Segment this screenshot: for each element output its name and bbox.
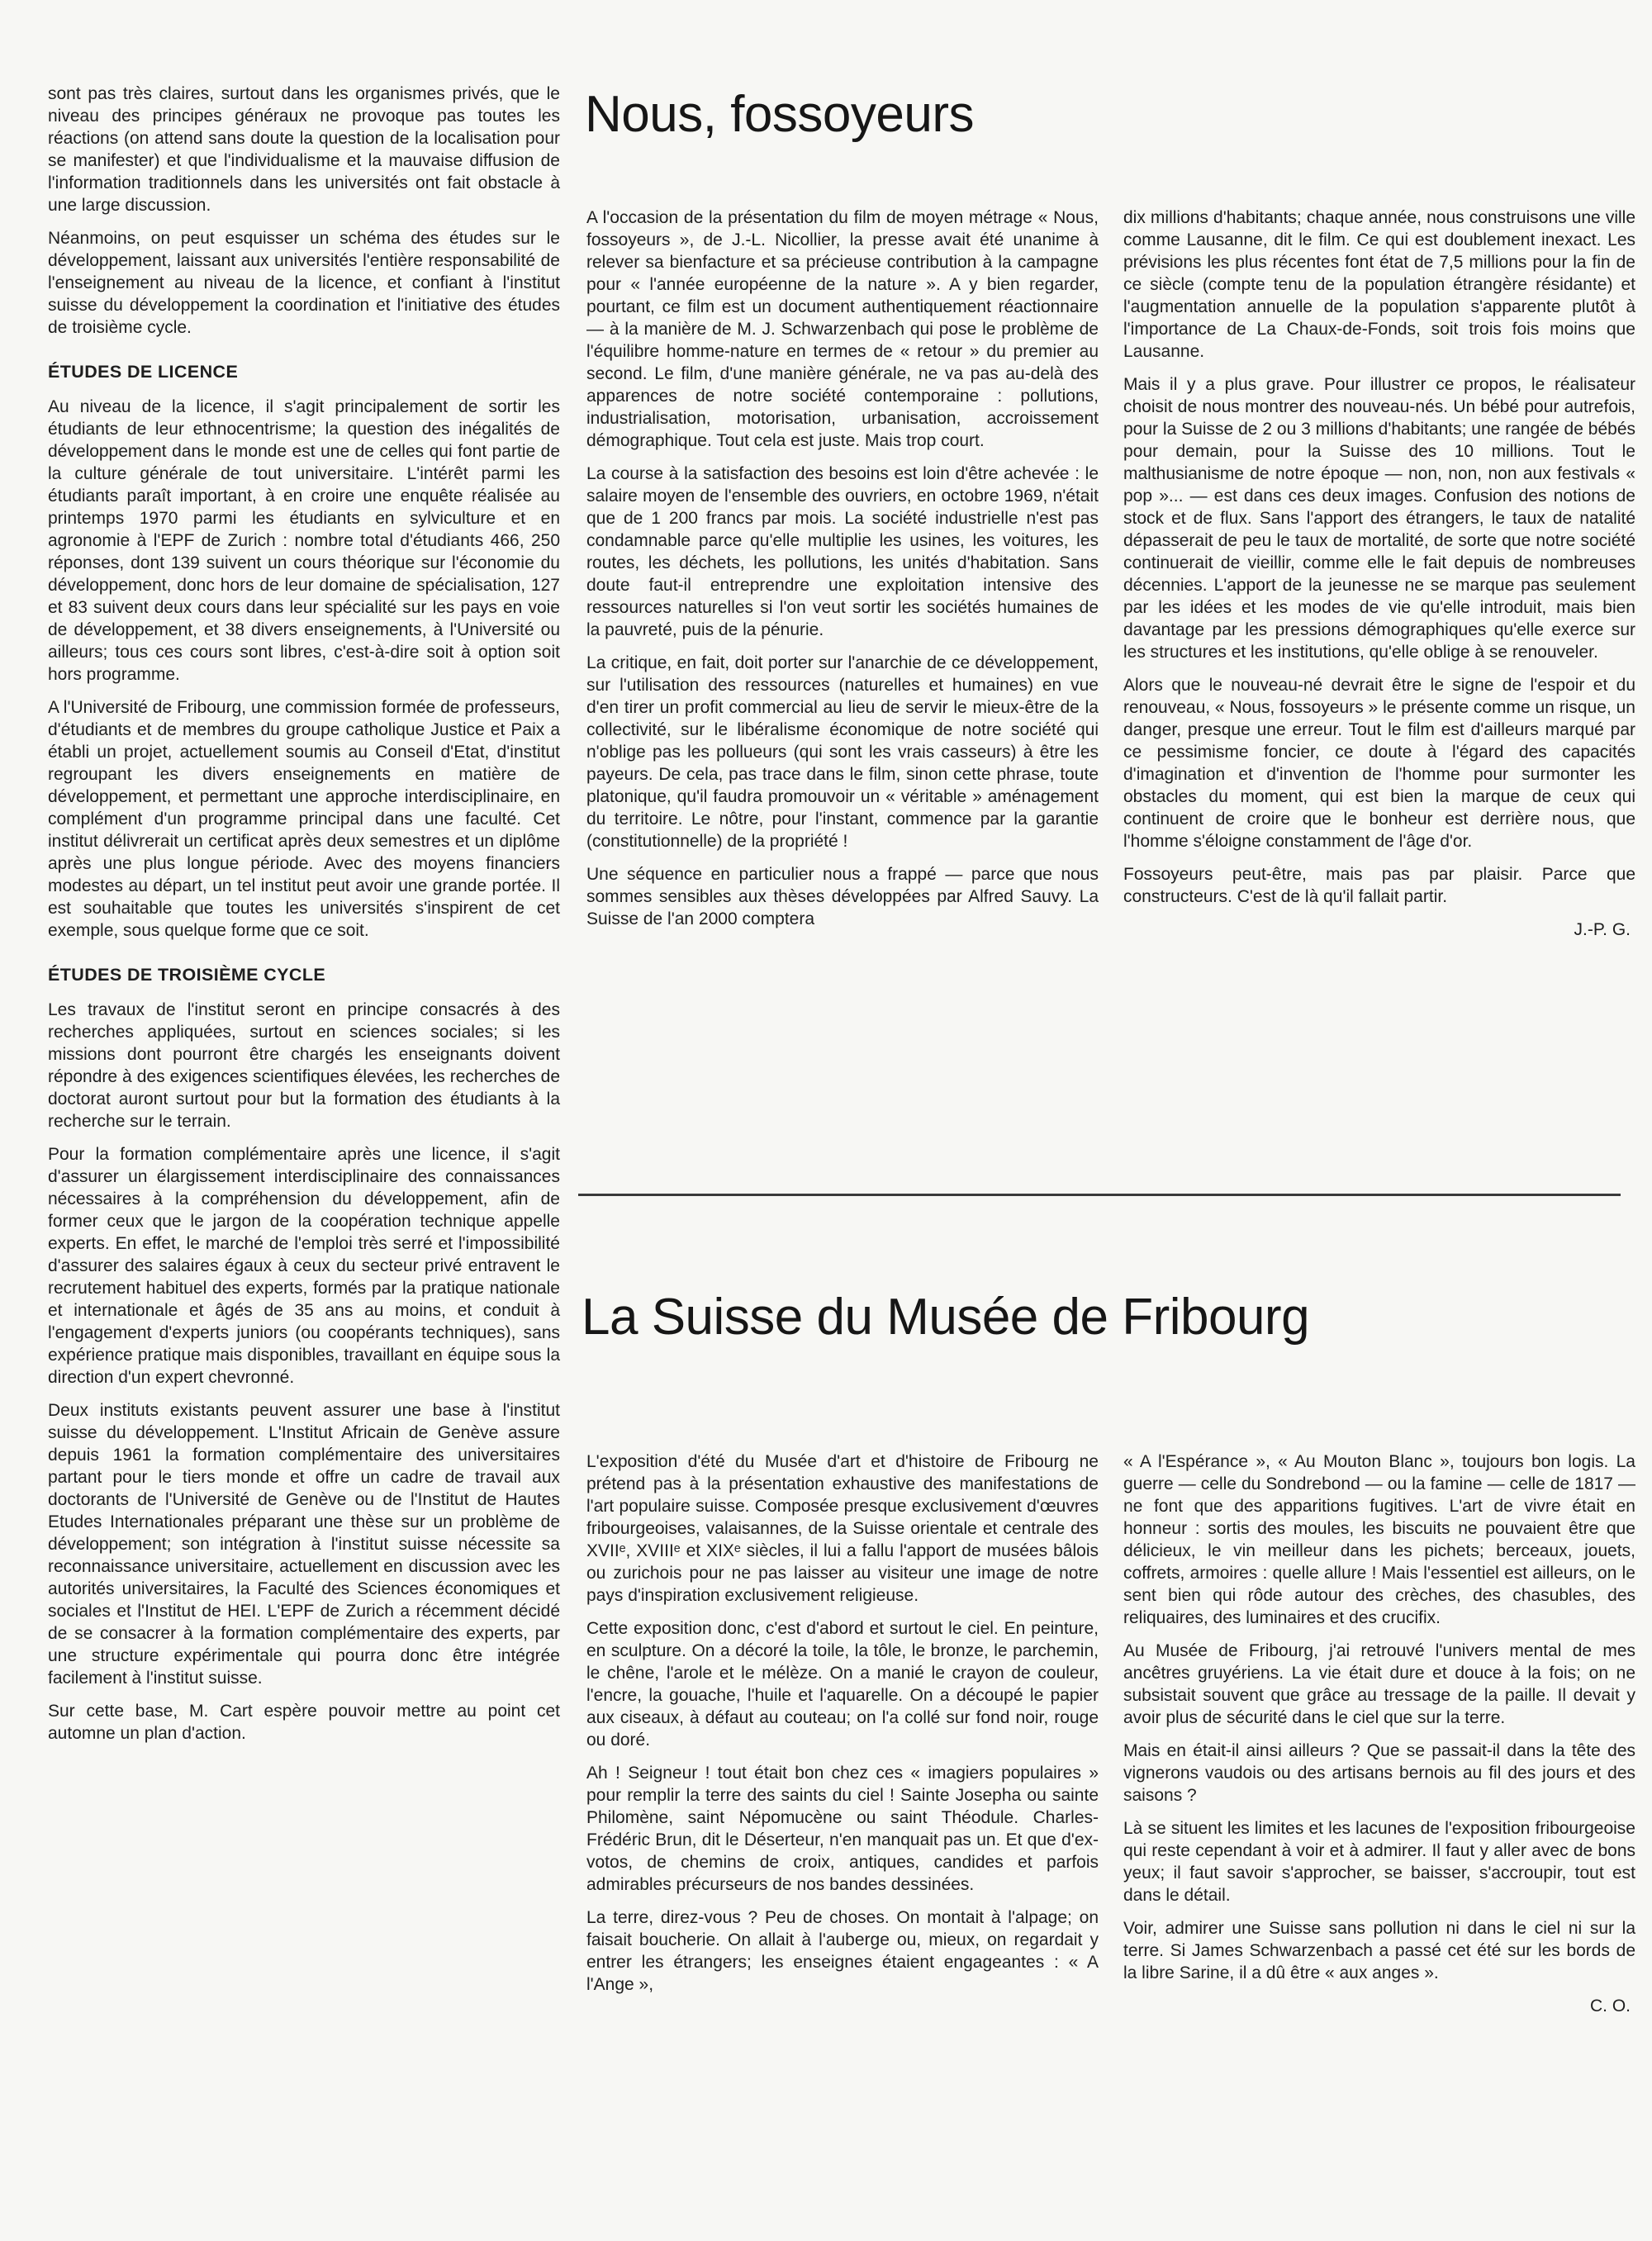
paragraph: Deux instituts existants peuvent assurer… xyxy=(48,1399,560,1689)
paragraph: La course à la satisfaction des besoins … xyxy=(586,463,1099,641)
left-column: sont pas très claires, surtout dans les … xyxy=(48,83,560,1745)
paragraph: Mais en était-il ainsi ailleurs ? Que se… xyxy=(1123,1740,1635,1807)
paragraph: A l'Université de Fribourg, une commissi… xyxy=(48,696,560,942)
paragraph: Au Musée de Fribourg, j'ai retrouvé l'un… xyxy=(1123,1640,1635,1729)
paragraph: Mais il y a plus grave. Pour illustrer c… xyxy=(1123,373,1635,663)
paragraph: Néanmoins, on peut esquisser un schéma d… xyxy=(48,227,560,339)
paragraph: « A l'Espérance », « Au Mouton Blanc », … xyxy=(1123,1450,1635,1629)
paragraph: Sur cette base, M. Cart espère pouvoir m… xyxy=(48,1700,560,1745)
paragraph: Alors que le nouveau-né devrait être le … xyxy=(1123,674,1635,852)
paragraph: La critique, en fait, doit porter sur l'… xyxy=(586,652,1099,852)
magazine-page: sont pas très claires, surtout dans les … xyxy=(0,0,1652,2241)
article1-column-left: A l'occasion de la présentation du film … xyxy=(586,207,1099,930)
paragraph: Pour la formation complémentaire après u… xyxy=(48,1143,560,1389)
article1-title: Nous, fossoyeurs xyxy=(585,88,974,142)
article2-column-left: L'exposition d'été du Musée d'art et d'h… xyxy=(586,1450,1099,1996)
article2-title: La Suisse du Musée de Fribourg xyxy=(582,1290,1309,1345)
paragraph: L'exposition d'été du Musée d'art et d'h… xyxy=(586,1450,1099,1607)
paragraph: La terre, direz-vous ? Peu de choses. On… xyxy=(586,1906,1099,1996)
article-divider-rule xyxy=(578,1194,1621,1196)
paragraph: Fossoyeurs peut-être, mais pas par plais… xyxy=(1123,863,1635,908)
paragraph: Une séquence en particulier nous a frapp… xyxy=(586,863,1099,930)
paragraph: Voir, admirer une Suisse sans pollution … xyxy=(1123,1917,1635,1984)
paragraph: sont pas très claires, surtout dans les … xyxy=(48,83,560,216)
paragraph: Les travaux de l'institut seront en prin… xyxy=(48,999,560,1132)
section-heading-etudes-de-licence: ÉTUDES DE LICENCE xyxy=(48,361,560,383)
paragraph: dix millions d'habitants; chaque année, … xyxy=(1123,207,1635,363)
paragraph: Cette exposition donc, c'est d'abord et … xyxy=(586,1617,1099,1751)
article2-column-right: « A l'Espérance », « Au Mouton Blanc », … xyxy=(1123,1450,1635,2017)
article2-byline: C. O. xyxy=(1123,1995,1635,2017)
paragraph: Au niveau de la licence, il s'agit princ… xyxy=(48,396,560,686)
paragraph: Là se situent les limites et les lacunes… xyxy=(1123,1817,1635,1906)
article1-column-right: dix millions d'habitants; chaque année, … xyxy=(1123,207,1635,941)
paragraph: Ah ! Seigneur ! tout était bon chez ces … xyxy=(586,1762,1099,1896)
article1-byline: J.-P. G. xyxy=(1123,919,1635,941)
paragraph: A l'occasion de la présentation du film … xyxy=(586,207,1099,452)
section-heading-etudes-de-troisieme-cycle: ÉTUDES DE TROISIÈME CYCLE xyxy=(48,964,560,986)
